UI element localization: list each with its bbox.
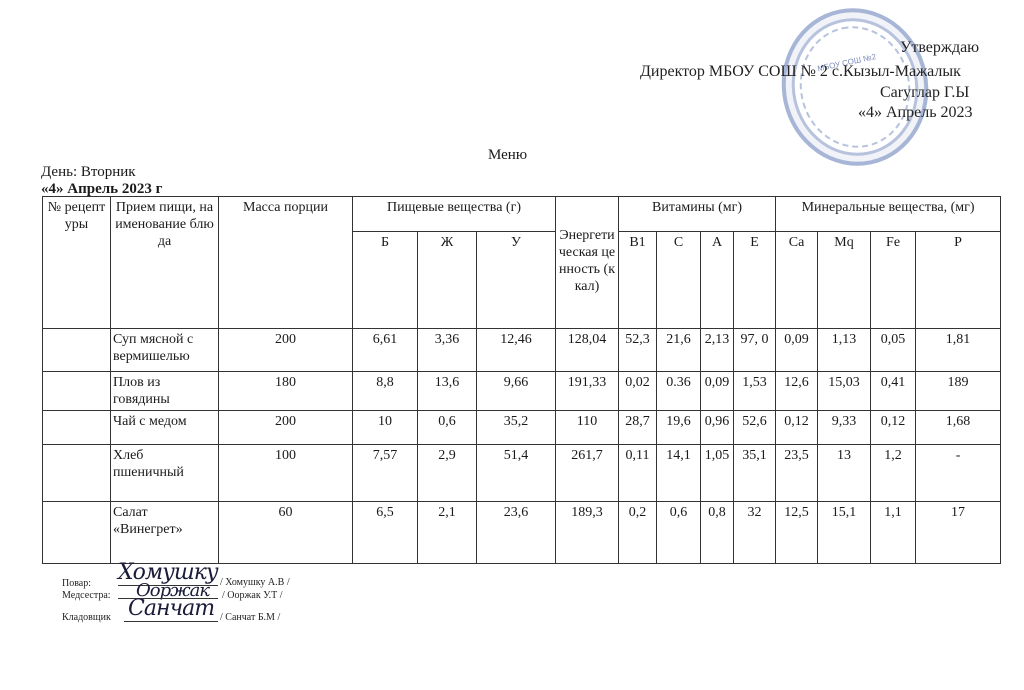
cell-mq: 13 (818, 445, 871, 502)
header-fat: Ж (418, 232, 477, 329)
signature-role-cook: Повар: (62, 578, 91, 589)
cell-energy: 110 (556, 411, 619, 445)
cell-b1: 0,2 (619, 502, 657, 564)
cell-c: 0,6 (657, 502, 701, 564)
header-protein: Б (353, 232, 418, 329)
cell-name: Салат «Винегрет» (111, 502, 219, 564)
day-line: День: Вторник (41, 164, 136, 181)
header-portion-mass: Масса порции (219, 197, 353, 329)
cell-name: Хлеб пшеничный (111, 445, 219, 502)
header-energy: Энергетическая ценность (ккал) (556, 197, 619, 329)
cell-b: 6,61 (353, 329, 418, 372)
cell-c: 0.36 (657, 372, 701, 411)
header-vitamins-group: Витамины (мг) (619, 197, 776, 232)
cell-name: Суп мясной с вермишелью (111, 329, 219, 372)
cell-fe: 1,1 (871, 502, 916, 564)
header-recipe-no: № рецептуры (43, 197, 111, 329)
table-row: Хлеб пшеничный1007,572,951,4261,70,1114,… (43, 445, 1001, 502)
cell-mass: 100 (219, 445, 353, 502)
director-name: Саryглар Г.Ы (880, 83, 969, 102)
signature-name-cook: / Хомушку А.В / (220, 577, 290, 588)
cell-mq: 15,1 (818, 502, 871, 564)
cell-name: Плов из говядины (111, 372, 219, 411)
cell-zh: 2,1 (418, 502, 477, 564)
signature-role-storekeeper: Кладовщик (62, 612, 111, 623)
cell-recipe-no (43, 372, 111, 411)
header-vit-c: C (657, 232, 701, 329)
cell-recipe-no (43, 502, 111, 564)
cell-b1: 52,3 (619, 329, 657, 372)
cell-e: 1,53 (734, 372, 776, 411)
signature-name-nurse: / Ооржак У.Т / (222, 590, 283, 601)
cell-energy: 191,33 (556, 372, 619, 411)
cell-u: 35,2 (477, 411, 556, 445)
table-row: Плов из говядины1808,813,69,66191,330,02… (43, 372, 1001, 411)
table-row: Салат «Винегрет»606,52,123,6189,30,20,60… (43, 502, 1001, 564)
cell-c: 19,6 (657, 411, 701, 445)
menu-table: № рецептуры Прием пищи, наименование блю… (42, 196, 1001, 564)
header-nutrients-group: Пищевые вещества (г) (353, 197, 556, 232)
cell-u: 51,4 (477, 445, 556, 502)
cell-a: 0,96 (701, 411, 734, 445)
signature-role-nurse: Медсестра: (62, 590, 111, 601)
header-vit-b1: B1 (619, 232, 657, 329)
cell-mass: 200 (219, 329, 353, 372)
cell-zh: 0,6 (418, 411, 477, 445)
cell-e: 35,1 (734, 445, 776, 502)
header-min-mq: Mq (818, 232, 871, 329)
cell-mass: 180 (219, 372, 353, 411)
cell-a: 1,05 (701, 445, 734, 502)
cell-b1: 0,02 (619, 372, 657, 411)
approve-word: Утверждаю (900, 38, 979, 57)
cell-ca: 0,09 (776, 329, 818, 372)
cell-energy: 261,7 (556, 445, 619, 502)
signature-scribble-storekeeper: Санчат (128, 596, 214, 621)
cell-b: 7,57 (353, 445, 418, 502)
signature-line-storekeeper (124, 621, 218, 622)
cell-c: 21,6 (657, 329, 701, 372)
header-min-ca: Ca (776, 232, 818, 329)
cell-b: 6,5 (353, 502, 418, 564)
cell-ca: 12,5 (776, 502, 818, 564)
document-title: Меню (488, 147, 527, 164)
cell-energy: 189,3 (556, 502, 619, 564)
cell-zh: 3,36 (418, 329, 477, 372)
approval-date: «4» Апрель 2023 (858, 103, 973, 122)
cell-u: 12,46 (477, 329, 556, 372)
cell-u: 9,66 (477, 372, 556, 411)
header-min-p: P (916, 232, 1001, 329)
cell-recipe-no (43, 445, 111, 502)
cell-fe: 0,05 (871, 329, 916, 372)
cell-u: 23,6 (477, 502, 556, 564)
cell-ca: 23,5 (776, 445, 818, 502)
header-vit-a: A (701, 232, 734, 329)
cell-recipe-no (43, 329, 111, 372)
cell-name: Чай с медом (111, 411, 219, 445)
header-meal-name: Прием пищи, наименование блюда (111, 197, 219, 329)
header-vit-e: E (734, 232, 776, 329)
cell-e: 32 (734, 502, 776, 564)
cell-c: 14,1 (657, 445, 701, 502)
cell-a: 2,13 (701, 329, 734, 372)
signature-name-storekeeper: / Санчат Б.М / (220, 612, 280, 623)
director-line: Директор МБОУ СОШ № 2 с.Кызыл-Мажалык (640, 62, 961, 81)
cell-fe: 1,2 (871, 445, 916, 502)
cell-a: 0,8 (701, 502, 734, 564)
cell-b: 10 (353, 411, 418, 445)
cell-b1: 28,7 (619, 411, 657, 445)
cell-p: 17 (916, 502, 1001, 564)
cell-zh: 2,9 (418, 445, 477, 502)
cell-mq: 15,03 (818, 372, 871, 411)
cell-energy: 128,04 (556, 329, 619, 372)
cell-mq: 1,13 (818, 329, 871, 372)
cell-ca: 12,6 (776, 372, 818, 411)
cell-mass: 60 (219, 502, 353, 564)
cell-fe: 0,41 (871, 372, 916, 411)
cell-ca: 0,12 (776, 411, 818, 445)
cell-recipe-no (43, 411, 111, 445)
header-min-fe: Fe (871, 232, 916, 329)
cell-e: 52,6 (734, 411, 776, 445)
cell-e: 97, 0 (734, 329, 776, 372)
cell-b1: 0,11 (619, 445, 657, 502)
header-minerals-group: Минеральные вещества, (мг) (776, 197, 1001, 232)
cell-b: 8,8 (353, 372, 418, 411)
cell-a: 0,09 (701, 372, 734, 411)
header-carbs: У (477, 232, 556, 329)
cell-p: - (916, 445, 1001, 502)
cell-mass: 200 (219, 411, 353, 445)
cell-p: 189 (916, 372, 1001, 411)
cell-p: 1,68 (916, 411, 1001, 445)
cell-p: 1,81 (916, 329, 1001, 372)
table-row: Чай с медом200100,635,211028,719,60,9652… (43, 411, 1001, 445)
cell-zh: 13,6 (418, 372, 477, 411)
cell-fe: 0,12 (871, 411, 916, 445)
table-row: Суп мясной с вермишелью2006,613,3612,461… (43, 329, 1001, 372)
cell-mq: 9,33 (818, 411, 871, 445)
